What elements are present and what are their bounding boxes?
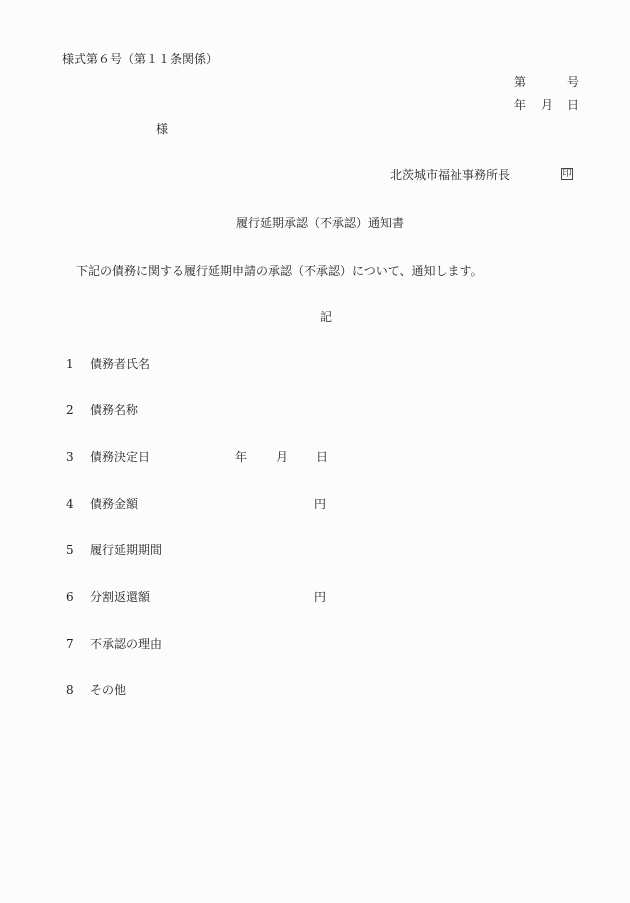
issue-date-year: 年 bbox=[514, 98, 526, 112]
item-number: 5 bbox=[66, 543, 74, 557]
item-label-debt-decision-date: 債務決定日 bbox=[90, 450, 150, 464]
item-label-extension-period: 履行延期期間 bbox=[90, 543, 162, 557]
debt-amount-unit: 円 bbox=[314, 497, 326, 511]
item-number: 8 bbox=[66, 683, 74, 697]
issue-date-day: 日 bbox=[567, 98, 579, 112]
addressee-honorific: 様 bbox=[156, 122, 168, 136]
item-number: 2 bbox=[66, 403, 74, 417]
item-number: 7 bbox=[66, 637, 74, 651]
seal-icon: 印 bbox=[561, 168, 573, 180]
decision-date-day: 日 bbox=[316, 450, 328, 464]
decision-date-month: 月 bbox=[276, 450, 288, 464]
reference-number-prefix: 第 bbox=[514, 75, 526, 89]
item-label-debtor-name: 債務者氏名 bbox=[90, 357, 150, 371]
installment-amount-unit: 円 bbox=[314, 590, 326, 604]
item-number: 4 bbox=[66, 497, 74, 511]
issue-date-month: 月 bbox=[541, 98, 553, 112]
document-title: 履行延期承認（不承認）通知書 bbox=[236, 216, 404, 230]
item-label-debt-name: 債務名称 bbox=[90, 403, 138, 417]
item-number: 6 bbox=[66, 590, 74, 604]
decision-date-year: 年 bbox=[235, 450, 247, 464]
item-number: 3 bbox=[66, 450, 74, 464]
form-number: 様式第６号（第１１条関係） bbox=[62, 52, 218, 66]
ki-heading: 記 bbox=[320, 310, 332, 324]
item-number: 1 bbox=[66, 357, 74, 371]
item-label-rejection-reason: 不承認の理由 bbox=[90, 637, 162, 651]
issuer-name: 北茨城市福祉事務所長 bbox=[390, 168, 510, 182]
item-label-other: その他 bbox=[90, 683, 126, 697]
body-text: 下記の債務に関する履行延期申請の承認（不承認）について、通知します。 bbox=[76, 264, 483, 278]
reference-number-suffix: 号 bbox=[567, 75, 579, 89]
item-label-debt-amount: 債務金額 bbox=[90, 497, 138, 511]
item-label-installment-amount: 分割返還額 bbox=[90, 590, 150, 604]
